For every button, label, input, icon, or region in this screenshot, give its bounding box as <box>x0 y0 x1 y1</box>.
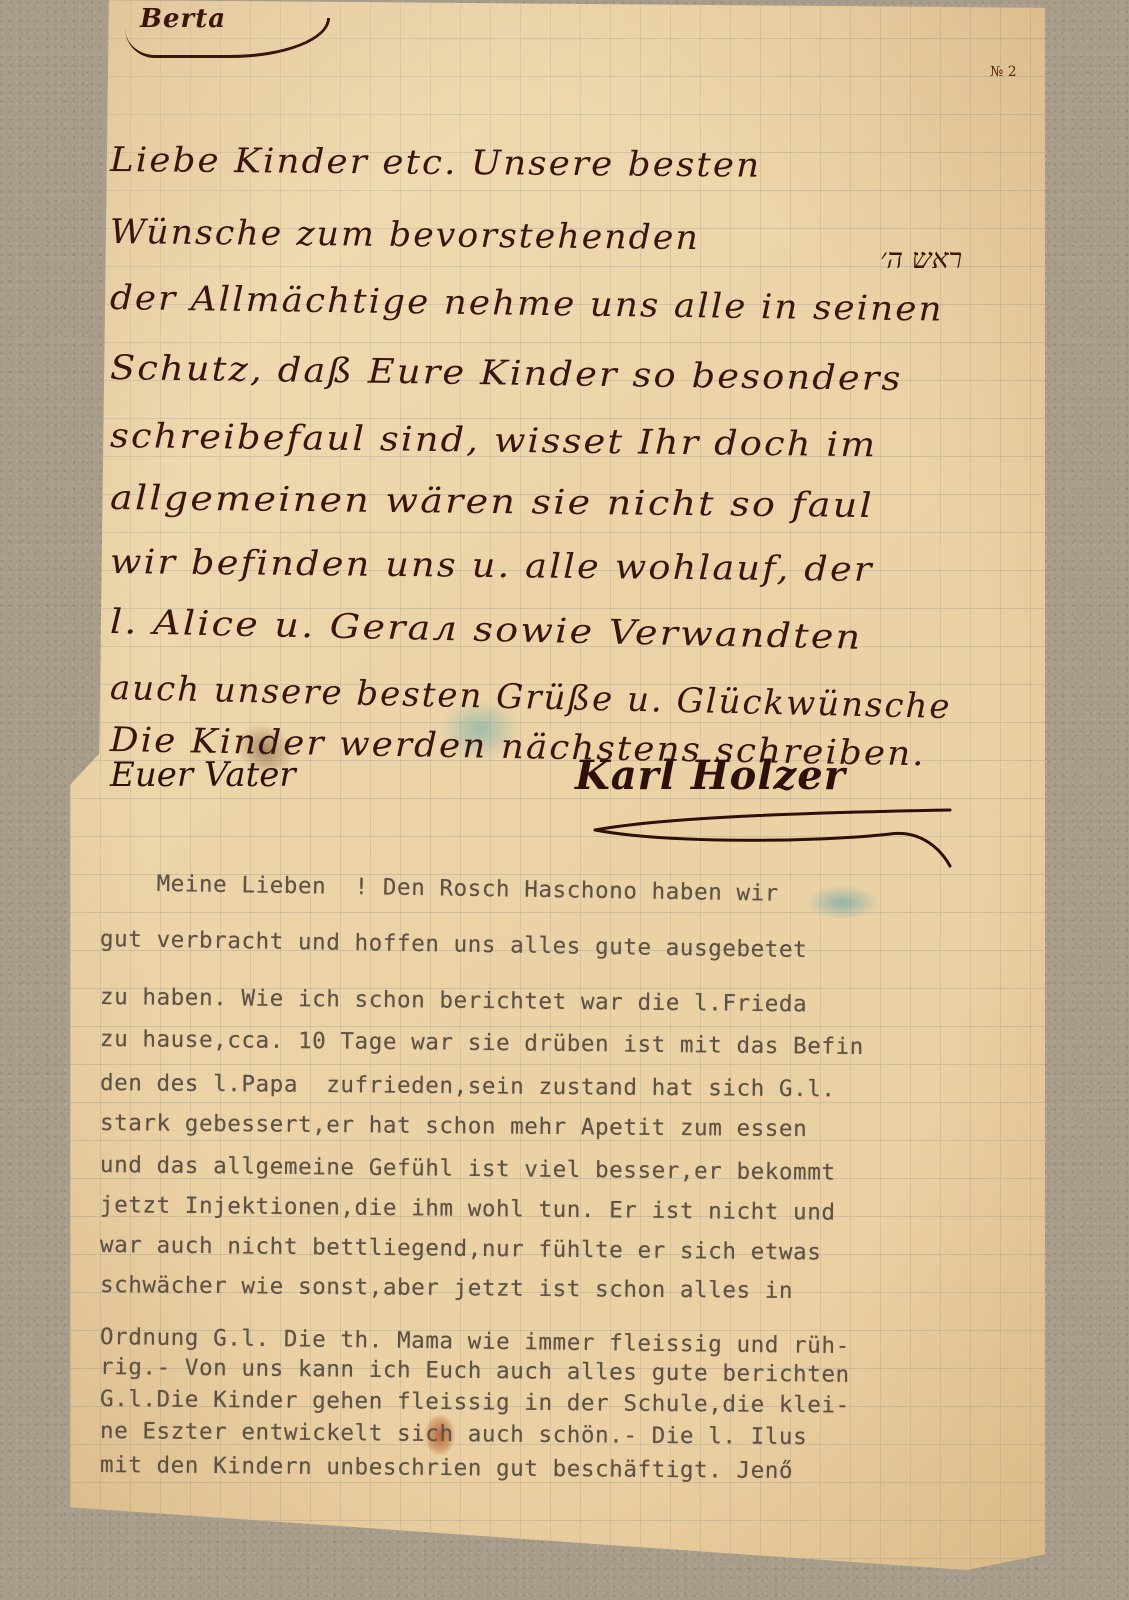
handwritten-line: Liebe Kinder etc. Unsere besten <box>110 140 761 186</box>
handwritten-line: wir befinden uns u. alle wohlauf, der <box>110 542 874 590</box>
page-number: № 2 <box>990 64 1017 80</box>
signature: Karl Holzer <box>575 752 846 799</box>
hebrew-margin-note: ראש ה׳ <box>880 242 962 276</box>
handwritten-line: allgemeinen wären sie nicht so faul <box>110 478 874 526</box>
blue-ink-stamp-typed <box>805 885 880 920</box>
closing-salutation: Euer Vater <box>110 755 296 795</box>
handwritten-line: Wünsche zum bevorstehenden <box>110 212 700 258</box>
signature-flourish <box>590 808 960 868</box>
